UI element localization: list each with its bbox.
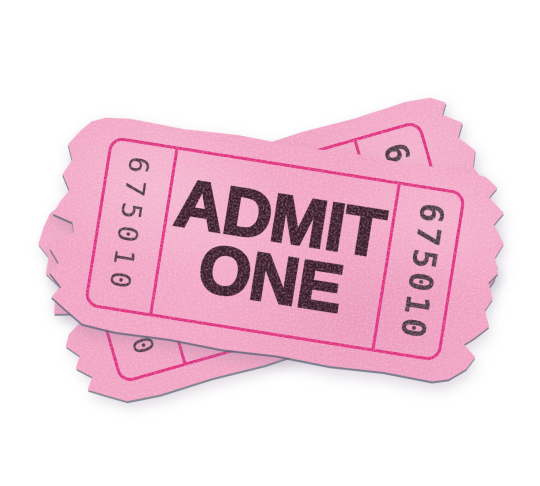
front-admit-line-2: ONE: [194, 238, 346, 321]
tickets-photo: 675010 675010 ADMIT ONE 675010 675010 AD…: [0, 0, 540, 486]
front-admit-one-label: ADMIT ONE: [149, 146, 401, 352]
